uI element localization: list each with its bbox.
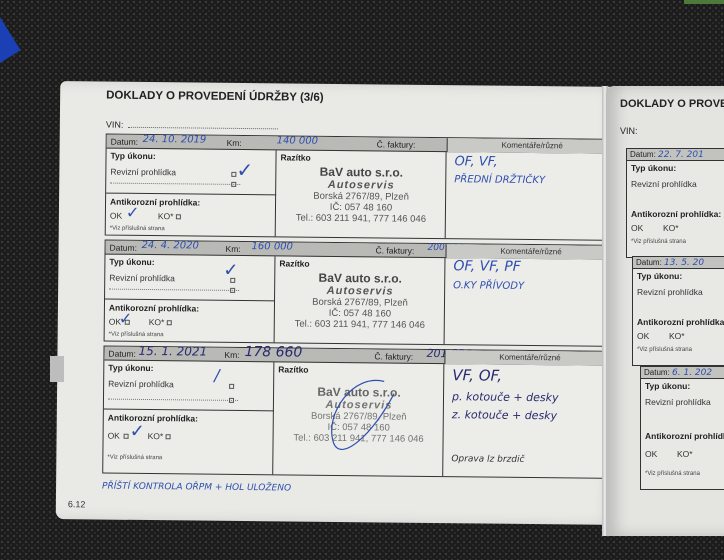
ko-label: KO* bbox=[669, 331, 685, 341]
typ-ukonu-label: Typ úkonu: bbox=[109, 257, 154, 267]
datum-value: 24. 10. 2019 bbox=[143, 134, 207, 146]
datum-value: 22. 7. 201 bbox=[658, 150, 704, 160]
ko-checkbox[interactable] bbox=[176, 214, 181, 219]
datum-label: Datum: bbox=[111, 137, 139, 147]
comment-line: p. kotouče + desky bbox=[452, 390, 559, 404]
ko-label: KO* bbox=[148, 431, 164, 441]
footnote-label: *Viz příslušná strana bbox=[637, 347, 692, 353]
datum-label: Datum: bbox=[108, 349, 136, 359]
service-record-1: Datum: 24. 10. 2019 Km: 140 000 Č. faktu… bbox=[105, 134, 618, 241]
km-label: Km: bbox=[227, 138, 242, 148]
ok-label: OK bbox=[637, 331, 649, 341]
footnote-label: *Viz příslušná strana bbox=[109, 332, 164, 339]
antikorozni-label: Antikorozní prohlídka: bbox=[631, 209, 721, 219]
typ-ukonu-label: Typ úkonu: bbox=[110, 151, 155, 161]
other-checkbox[interactable] bbox=[229, 398, 234, 403]
razitko-label: Razítko bbox=[278, 364, 308, 374]
service-book-right-page: DOKLADY O PROVE VIN: Datum: 22. 7. 201 T… bbox=[606, 86, 724, 536]
datum-label: Datum: bbox=[644, 368, 670, 377]
checkmark-icon: ✓ bbox=[119, 309, 133, 328]
other-checkbox[interactable] bbox=[231, 182, 236, 187]
ko-label: KO* bbox=[663, 223, 679, 233]
service-record-2: Datum: 24. 4. 2020 Km: 160 000 Č. faktur… bbox=[104, 240, 617, 347]
page-number: 6.12 bbox=[68, 499, 86, 509]
ko-label: KO* bbox=[149, 317, 165, 327]
razitko-label: Razítko bbox=[279, 258, 309, 268]
checkmark-icon: ✓ bbox=[236, 158, 253, 182]
revizni-label: Revizní prohlídka bbox=[645, 397, 711, 407]
typ-ukonu-label: Typ úkonu: bbox=[637, 271, 682, 281]
antikorozni-label: Antikorozní prohlídka: bbox=[110, 197, 200, 208]
signature-icon bbox=[313, 373, 414, 464]
right-record-1: Datum: 22. 7. 201 Typ úkonu: Revizní pro… bbox=[626, 148, 724, 258]
revizni-label: Revizní prohlídka bbox=[108, 379, 174, 390]
faktura-label: Č. faktury: bbox=[376, 245, 415, 255]
page-tab-marker bbox=[50, 356, 64, 382]
datum-label: Datum: bbox=[630, 150, 656, 159]
ok-label: OK bbox=[110, 211, 122, 221]
km-value: 160 000 bbox=[252, 241, 293, 252]
right-record-3: Datum: 6. 1. 202 Typ úkonu: Revizní proh… bbox=[640, 366, 724, 490]
ok-label: OK bbox=[108, 431, 120, 441]
faktura-label: Č. faktury: bbox=[374, 351, 413, 361]
km-value: 178 660 bbox=[244, 344, 302, 361]
vin-field: VIN: bbox=[106, 120, 306, 132]
footnote-label: *Viz příslušná strana bbox=[645, 471, 700, 477]
datum-value: 15. 1. 2021 bbox=[138, 344, 207, 359]
datum-value: 6. 1. 202 bbox=[672, 368, 712, 378]
other-checkbox[interactable] bbox=[230, 288, 235, 293]
typ-ukonu-label: Typ úkonu: bbox=[631, 163, 676, 173]
green-object-edge bbox=[684, 0, 724, 4]
datum-value: 24. 4. 2020 bbox=[142, 240, 199, 252]
right-vin-label: VIN: bbox=[620, 126, 638, 136]
datum-label: Datum: bbox=[636, 258, 662, 267]
footnote-label: *Viz příslušná strana bbox=[107, 455, 162, 462]
workshop-stamp: BaV auto s.r.o. Autoservis Borská 2767/8… bbox=[276, 164, 447, 225]
ko-label: KO* bbox=[158, 211, 174, 221]
vin-label: VIN: bbox=[106, 120, 124, 130]
antikorozni-label: Antikorozní prohlídka: bbox=[637, 317, 724, 327]
ok-label: OK bbox=[631, 223, 643, 233]
handwritten-note: PŘÍŠTÍ KONTROLA OŘPM + HOL ULOŽENO bbox=[102, 482, 291, 494]
revizni-label: Revizní prohlídka bbox=[110, 167, 176, 178]
comment-line: Oprava lz brzdič bbox=[451, 454, 524, 465]
comment-line: VF, OF, bbox=[452, 366, 502, 385]
antikorozni-label: Antikorozní prohlídka: bbox=[108, 413, 198, 424]
razitko-label: Razítko bbox=[280, 152, 310, 162]
km-value: 140 000 bbox=[277, 135, 318, 146]
ko-checkbox[interactable] bbox=[167, 320, 172, 325]
typ-ukonu-label: Typ úkonu: bbox=[108, 363, 153, 373]
comment-line: OF, VF, PF bbox=[453, 258, 521, 275]
km-label: Km: bbox=[226, 244, 241, 254]
footnote-label: *Viz příslušná strana bbox=[631, 239, 686, 245]
antikorozni-label: Antikorozní prohlídka: bbox=[645, 431, 724, 441]
page-title: DOKLADY O PROVEDENÍ ÚDRŽBY (3/6) bbox=[106, 90, 324, 104]
datum-label: Datum: bbox=[110, 243, 138, 253]
service-book-left-page: DOKLADY O PROVEDENÍ ÚDRŽBY (3/6) VIN: Da… bbox=[56, 81, 621, 525]
typ-ukonu-label: Typ úkonu: bbox=[645, 381, 690, 391]
ko-checkbox[interactable] bbox=[166, 434, 171, 439]
checkmark-icon: ✓ bbox=[126, 203, 140, 222]
comment-line: z. kotouče + desky bbox=[452, 408, 557, 422]
blue-object-corner bbox=[0, 16, 21, 64]
comment-line: O.KY PŘÍVODY bbox=[453, 280, 524, 292]
ok-label: OK bbox=[645, 449, 657, 459]
revizni-label: Revizní prohlídka bbox=[637, 287, 703, 297]
km-label: Km: bbox=[224, 350, 239, 360]
right-record-2: Datum: 13. 5. 20 Typ úkonu: Revizní proh… bbox=[632, 256, 724, 366]
footnote-label: *Viz příslušná strana bbox=[110, 226, 165, 233]
service-record-3: Datum: 15. 1. 2021 Km: 178 660 Č. faktur… bbox=[102, 346, 615, 479]
checkmark-icon: ✓ bbox=[223, 260, 238, 281]
revizni-label: Revizní prohlídka bbox=[109, 273, 175, 284]
faktura-label: Č. faktury: bbox=[377, 139, 416, 149]
ko-label: KO* bbox=[677, 449, 693, 459]
workshop-stamp: BaV auto s.r.o. Autoservis Borská 2767/8… bbox=[275, 270, 446, 331]
revizni-label: Revizní prohlídka bbox=[631, 179, 697, 189]
right-page-title: DOKLADY O PROVE bbox=[620, 98, 724, 110]
comment-line: PŘEDNÍ DRŽTIČKY bbox=[454, 174, 545, 186]
comment-line: OF, VF, bbox=[454, 154, 497, 169]
datum-value: 13. 5. 20 bbox=[664, 258, 704, 268]
checkmark-icon: ✓ bbox=[130, 421, 145, 442]
vin-dotted-line bbox=[127, 127, 277, 130]
checkmark-icon: / bbox=[214, 366, 220, 385]
revizni-checkbox[interactable] bbox=[229, 384, 234, 389]
ok-checkbox[interactable] bbox=[124, 434, 129, 439]
